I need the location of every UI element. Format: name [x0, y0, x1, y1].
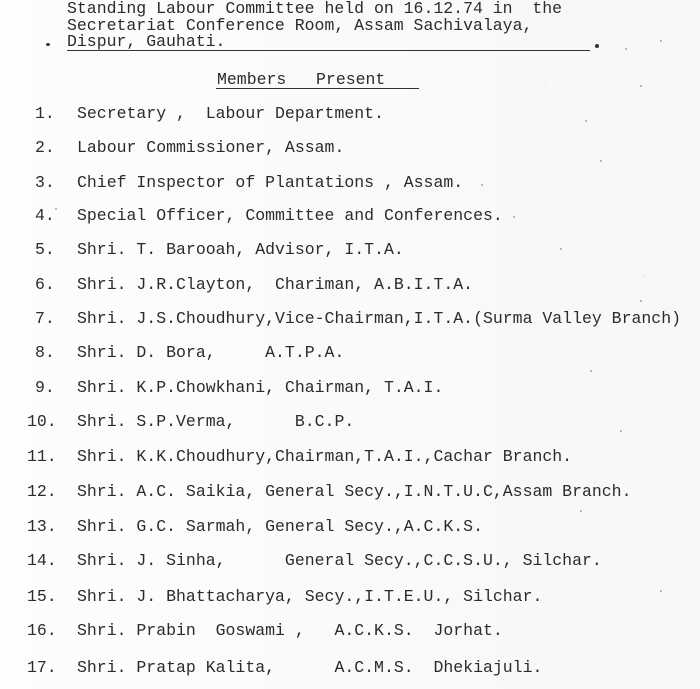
- scan-speck: [625, 48, 627, 50]
- header-underline: [67, 50, 590, 51]
- document-page: Standing Labour Committee held on 16.12.…: [0, 0, 700, 689]
- list-item: 11. Shri. K.K.Choudhury,Chairman,T.A.I.,…: [0, 447, 700, 467]
- scan-speck: [600, 160, 602, 162]
- item-text: Secretary , Labour Department.: [77, 104, 384, 124]
- header-line: Dispur, Gauhati.: [67, 34, 562, 51]
- item-text: Shri. K.K.Choudhury,Chairman,T.A.I.,Cach…: [77, 447, 572, 467]
- item-text: Shri. Prabin Goswami , A.C.K.S. Jorhat.: [77, 621, 503, 641]
- item-text: Shri. G.C. Sarmah, General Secy.,A.C.K.S…: [77, 517, 483, 537]
- item-text: Chief Inspector of Plantations , Assam.: [77, 173, 463, 193]
- item-text: Shri. J. Bhattacharya, Secy.,I.T.E.U., S…: [77, 587, 542, 607]
- list-item: 5. Shri. T. Barooah, Advisor, I.T.A.: [0, 240, 700, 260]
- scan-speck: [640, 85, 642, 87]
- list-item: 17. Shri. Pratap Kalita, A.C.M.S. Dhekia…: [0, 658, 700, 678]
- list-item: 15. Shri. J. Bhattacharya, Secy.,I.T.E.U…: [0, 587, 700, 607]
- item-number: 8.: [35, 343, 55, 363]
- list-item: 10. Shri. S.P.Verma, B.C.P.: [0, 412, 700, 432]
- item-number: 9.: [35, 378, 55, 398]
- item-number: 2.: [35, 138, 55, 158]
- item-number: 13.: [27, 517, 57, 537]
- list-item: 14. Shri. J. Sinha, General Secy.,C.C.S.…: [0, 551, 700, 571]
- typed-dot: [46, 43, 50, 46]
- list-item: 8. Shri. D. Bora, A.T.P.A.: [0, 343, 700, 363]
- item-text: Special Officer, Committee and Conferenc…: [77, 206, 503, 226]
- item-text: Shri. T. Barooah, Advisor, I.T.A.: [77, 240, 404, 260]
- item-number: 17.: [27, 658, 57, 678]
- heading-underline: [216, 88, 419, 89]
- item-text: Shri. J. Sinha, General Secy.,C.C.S.U., …: [77, 551, 602, 571]
- scan-speck: [660, 40, 662, 42]
- item-number: 12.: [27, 482, 57, 502]
- scan-speck: [580, 510, 582, 512]
- item-number: 7.: [35, 309, 55, 329]
- list-item: 3. Chief Inspector of Plantations , Assa…: [0, 173, 700, 193]
- item-text: Shri. A.C. Saikia, General Secy.,I.N.T.U…: [77, 482, 632, 502]
- item-number: 4.: [35, 206, 55, 226]
- list-item: 9. Shri. K.P.Chowkhani, Chairman, T.A.I.: [0, 378, 700, 398]
- list-item: 6. Shri. J.R.Clayton, Chariman, A.B.I.T.…: [0, 275, 700, 295]
- list-item: 12. Shri. A.C. Saikia, General Secy.,I.N…: [0, 482, 700, 502]
- item-number: 6.: [35, 275, 55, 295]
- item-number: 11.: [27, 447, 57, 467]
- item-number: 1.: [35, 104, 55, 124]
- list-item: 7. Shri. J.S.Choudhury,Vice-Chairman,I.T…: [0, 309, 700, 329]
- document-header: Standing Labour Committee held on 16.12.…: [67, 1, 562, 51]
- typed-dot: [595, 44, 599, 48]
- section-heading: Members Present: [217, 71, 385, 88]
- item-text: Shri. Pratap Kalita, A.C.M.S. Dhekiajuli…: [77, 658, 542, 678]
- list-item: 13. Shri. G.C. Sarmah, General Secy.,A.C…: [0, 517, 700, 537]
- item-text: Shri. J.R.Clayton, Chariman, A.B.I.T.A.: [77, 275, 473, 295]
- item-number: 10.: [27, 412, 57, 432]
- item-number: 16.: [27, 621, 57, 641]
- item-text: Shri. D. Bora, A.T.P.A.: [77, 343, 344, 363]
- item-text: Shri. J.S.Choudhury,Vice-Chairman,I.T.A.…: [77, 309, 681, 329]
- item-number: 14.: [27, 551, 57, 571]
- item-number: 3.: [35, 173, 55, 193]
- scan-speck: [640, 300, 642, 302]
- list-item: 1. Secretary , Labour Department.: [0, 104, 700, 124]
- item-number: 15.: [27, 587, 57, 607]
- item-text: Shri. S.P.Verma, B.C.P.: [77, 412, 354, 432]
- list-item: 2. Labour Commissioner, Assam.: [0, 138, 700, 158]
- item-number: 5.: [35, 240, 55, 260]
- item-text: Labour Commissioner, Assam.: [77, 138, 344, 158]
- list-item: 4. Special Officer, Committee and Confer…: [0, 206, 700, 226]
- list-item: 16. Shri. Prabin Goswami , A.C.K.S. Jorh…: [0, 621, 700, 641]
- item-text: Shri. K.P.Chowkhani, Chairman, T.A.I.: [77, 378, 443, 398]
- scan-speck: [590, 370, 592, 372]
